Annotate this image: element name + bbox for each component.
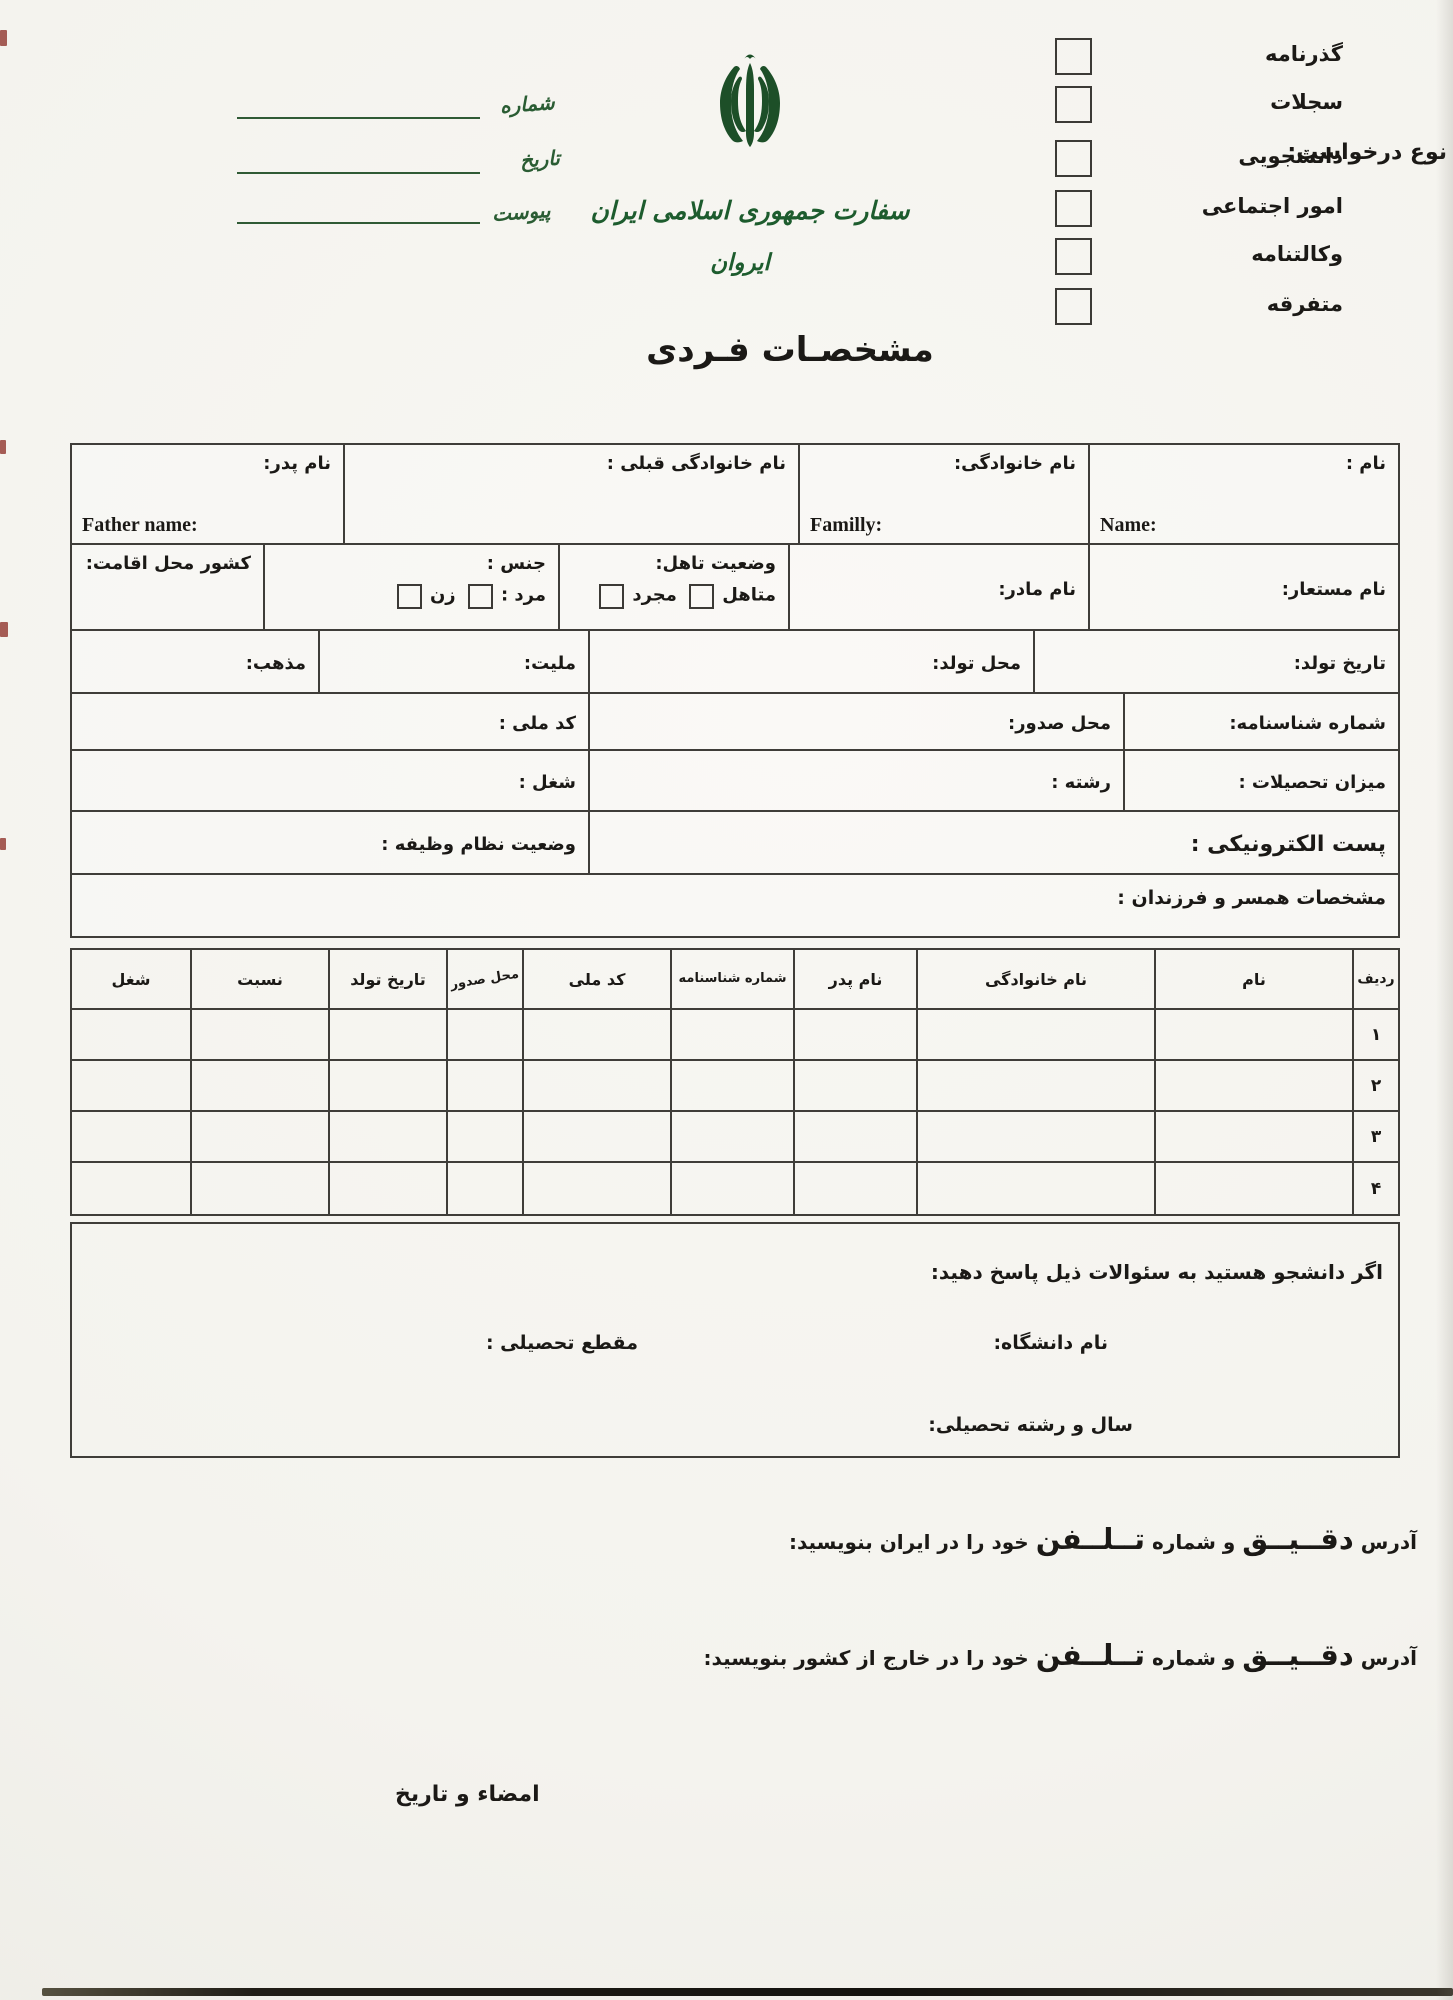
male-label: مرد : xyxy=(501,585,546,606)
embassy-city: ایروان xyxy=(640,250,840,276)
empty-cell xyxy=(446,1010,522,1059)
issue-place-header-text: محل صدور xyxy=(450,966,521,992)
id-number-label: شماره شناسنامه: xyxy=(1229,713,1386,734)
empty-cell xyxy=(793,1163,916,1214)
header-issue-place: محل صدور xyxy=(446,950,522,1008)
cell-name: نام : Name: xyxy=(1088,445,1398,543)
form-title: مشخصـات فـردی xyxy=(590,330,990,370)
scanned-embassy-form: شماره تاریخ پیوست سفارت جمهوری اسلامی ای… xyxy=(0,0,1453,2000)
gender-label: جنس : xyxy=(487,553,546,574)
empty-cell xyxy=(670,1112,793,1161)
header-father-name: نام پدر xyxy=(793,950,916,1008)
university-label: نام دانشگاه: xyxy=(993,1332,1108,1354)
single-label: مجرد xyxy=(632,585,677,606)
cell-issue-place: محل صدور: xyxy=(588,694,1123,749)
birth-place-label: محل تولد: xyxy=(932,653,1021,674)
header-id-number: شماره شناسنامه xyxy=(670,950,793,1008)
empty-cell xyxy=(446,1061,522,1110)
address-abroad-line: آدرس دقــیــق و شماره تــلــفن خود را در… xyxy=(704,1638,1417,1672)
empty-cell xyxy=(522,1163,670,1214)
empty-cell xyxy=(190,1163,328,1214)
request-type-heading: نوع درخواست: xyxy=(1287,140,1447,165)
empty-cell xyxy=(72,1061,190,1110)
student-questions-box: اگر دانشجو هستید به سئوالات ذیل پاسخ دهی… xyxy=(70,1222,1400,1458)
scan-edge-right xyxy=(1436,0,1453,2000)
cell-family-caption: مشخصات همسر و فرزندان : xyxy=(72,875,1398,936)
row-number: ۱ xyxy=(1352,1010,1398,1059)
empty-cell xyxy=(793,1061,916,1110)
addr-exact-bold: دقــیــق xyxy=(1242,1522,1354,1556)
row-email: پست الکترونیکی : وضعیت نظام وظیفه : xyxy=(72,812,1398,875)
empty-cell xyxy=(1154,1163,1352,1214)
cell-national-code: کد ملی : xyxy=(72,694,588,749)
empty-cell xyxy=(793,1010,916,1059)
empty-cell xyxy=(916,1163,1154,1214)
header-birth-date: تاریخ تولد xyxy=(328,950,446,1008)
header-name: نام xyxy=(1154,950,1352,1008)
addr-mid: و شماره xyxy=(1152,1530,1235,1554)
row-number: ۲ xyxy=(1352,1061,1398,1110)
option-records-label: سجلات xyxy=(1270,90,1343,114)
row-id: شماره شناسنامه: محل صدور: کد ملی : xyxy=(72,694,1398,751)
row-status: نام مستعار: نام مادر: وضعیت تاهل: متاهل … xyxy=(72,545,1398,631)
cell-id-number: شماره شناسنامه: xyxy=(1123,694,1398,749)
empty-cell xyxy=(1154,1010,1352,1059)
ref-attachment-label: پیوست xyxy=(491,198,551,226)
family-caption-label: مشخصات همسر و فرزندان : xyxy=(1117,887,1386,909)
ref-date-line xyxy=(237,172,480,174)
cell-gender: جنس : مرد : زن xyxy=(263,545,558,629)
scan-speck xyxy=(0,30,7,46)
family-row-2: ۲ xyxy=(72,1061,1398,1112)
addr-post: خود را در خارج از کشور بنویسید: xyxy=(704,1646,1029,1670)
header-job: شغل xyxy=(72,950,190,1008)
student-intro: اگر دانشجو هستید به سئوالات ذیل پاسخ دهی… xyxy=(931,1260,1383,1284)
empty-cell xyxy=(328,1010,446,1059)
cell-marital-status: وضعیت تاهل: متاهل مجرد xyxy=(558,545,788,629)
cell-alias: نام مستعار: xyxy=(1088,545,1398,629)
job-label: شغل : xyxy=(519,772,576,793)
ref-attachment-line xyxy=(237,222,480,224)
name-label: نام : xyxy=(1346,453,1386,474)
empty-cell xyxy=(328,1163,446,1214)
row-birth: تاریخ تولد: محل تولد: ملیت: مذهب: xyxy=(72,631,1398,694)
family-label-en: Familly: xyxy=(810,514,882,537)
addr-phone-bold: تــلــفن xyxy=(1036,1638,1145,1672)
cell-nationality: ملیت: xyxy=(318,631,588,692)
family-table-header: ردیف نام نام خانوادگی نام پدر شماره شناس… xyxy=(72,950,1398,1010)
empty-cell xyxy=(446,1112,522,1161)
cell-birth-date: تاریخ تولد: xyxy=(1033,631,1398,692)
empty-cell xyxy=(328,1061,446,1110)
empty-cell xyxy=(916,1112,1154,1161)
degree-label: مقطع تحصیلی : xyxy=(486,1332,638,1354)
cell-birth-place: محل تولد: xyxy=(588,631,1033,692)
empty-cell xyxy=(190,1010,328,1059)
cell-email: پست الکترونیکی : xyxy=(588,812,1398,873)
alias-label: نام مستعار: xyxy=(1282,579,1386,600)
family-members-table: ردیف نام نام خانوادگی نام پدر شماره شناس… xyxy=(70,948,1400,1216)
empty-cell xyxy=(328,1112,446,1161)
family-row-3: ۳ xyxy=(72,1112,1398,1163)
row-family-caption: مشخصات همسر و فرزندان : xyxy=(72,875,1398,936)
header-relation: نسبت xyxy=(190,950,328,1008)
row-number: ۳ xyxy=(1352,1112,1398,1161)
empty-cell xyxy=(72,1010,190,1059)
empty-cell xyxy=(916,1061,1154,1110)
cell-field: رشته : xyxy=(588,751,1123,810)
header-row-number: ردیف xyxy=(1352,950,1398,1008)
addr-phone-bold: تــلــفن xyxy=(1036,1522,1145,1556)
personal-details-table: نام : Name: نام خانوادگی: Familly: نام خ… xyxy=(70,443,1400,938)
row-education: میزان تحصیلات : رشته : شغل : xyxy=(72,751,1398,812)
ref-number-label: شماره xyxy=(499,90,555,118)
row-number: ۴ xyxy=(1352,1163,1398,1214)
addr-mid: و شماره xyxy=(1152,1646,1235,1670)
cell-residence-country: کشور محل اقامت: xyxy=(72,545,263,629)
cell-family: نام خانوادگی: Familly: xyxy=(798,445,1088,543)
empty-cell xyxy=(916,1010,1154,1059)
ref-number-line xyxy=(237,117,480,119)
checkbox-miscellaneous[interactable] xyxy=(1055,288,1092,325)
empty-cell xyxy=(522,1010,670,1059)
empty-cell xyxy=(190,1061,328,1110)
checkbox-records[interactable] xyxy=(1055,86,1092,123)
previous-family-label: نام خانوادگی قبلی : xyxy=(607,453,786,474)
scan-speck xyxy=(0,838,6,850)
father-label-en: Father name: xyxy=(82,514,198,537)
checkbox-student[interactable] xyxy=(1055,140,1092,177)
option-passport-label: گذرنامه xyxy=(1265,42,1343,66)
scan-speck xyxy=(0,622,8,637)
header-family-name: نام خانوادگی xyxy=(916,950,1154,1008)
national-code-label: کد ملی : xyxy=(499,713,576,734)
cell-previous-family: نام خانوادگی قبلی : xyxy=(343,445,798,543)
mother-label: نام مادر: xyxy=(998,579,1076,600)
education-label: میزان تحصیلات : xyxy=(1238,772,1386,793)
empty-cell xyxy=(670,1010,793,1059)
issue-place-label: محل صدور: xyxy=(1008,713,1111,734)
cell-education: میزان تحصیلات : xyxy=(1123,751,1398,810)
empty-cell xyxy=(1154,1061,1352,1110)
marital-label: وضعیت تاهل: xyxy=(655,553,776,574)
embassy-name: سفارت جمهوری اسلامی ایران xyxy=(590,196,910,225)
married-label: متاهل xyxy=(722,585,776,606)
checkbox-female[interactable] xyxy=(397,584,422,609)
empty-cell xyxy=(72,1163,190,1214)
family-label: نام خانوادگی: xyxy=(954,453,1076,474)
checkbox-male[interactable] xyxy=(468,584,493,609)
header-national-code: کد ملی xyxy=(522,950,670,1008)
residence-country-label: کشور محل اقامت: xyxy=(86,553,251,574)
empty-cell xyxy=(446,1163,522,1214)
female-label: زن xyxy=(430,585,456,606)
cell-religion: مذهب: xyxy=(72,631,318,692)
ref-date-label: تاریخ xyxy=(519,146,560,173)
signature-date-label: امضاء و تاریخ xyxy=(395,1782,540,1807)
family-row-4: ۴ xyxy=(72,1163,1398,1214)
empty-cell xyxy=(522,1061,670,1110)
addr-exact-bold: دقــیــق xyxy=(1242,1638,1354,1672)
checkbox-passport[interactable] xyxy=(1055,38,1092,75)
scan-speck xyxy=(0,440,6,454)
checkbox-power-of-attorney[interactable] xyxy=(1055,238,1092,275)
religion-label: مذهب: xyxy=(246,653,306,674)
option-miscellaneous-label: متفرقه xyxy=(1267,292,1343,316)
empty-cell xyxy=(72,1112,190,1161)
cell-military: وضعیت نظام وظیفه : xyxy=(72,812,588,873)
year-field-label: سال و رشته تحصیلی: xyxy=(928,1414,1133,1436)
nationality-label: ملیت: xyxy=(524,653,576,674)
military-label: وضعیت نظام وظیفه : xyxy=(381,834,576,855)
cell-job: شغل : xyxy=(72,751,588,810)
email-label: پست الکترونیکی : xyxy=(1191,832,1386,857)
checkbox-married[interactable] xyxy=(689,584,714,609)
addr-pre: آدرس xyxy=(1361,1646,1417,1670)
empty-cell xyxy=(670,1163,793,1214)
empty-cell xyxy=(670,1061,793,1110)
cell-mother: نام مادر: xyxy=(788,545,1088,629)
addr-pre: آدرس xyxy=(1361,1530,1417,1554)
empty-cell xyxy=(522,1112,670,1161)
iran-emblem-icon xyxy=(700,45,800,175)
option-social-affairs-label: امور اجتماعی xyxy=(1202,194,1343,218)
addr-post: خود را در ایران بنویسید: xyxy=(789,1530,1029,1554)
scan-edge-bottom xyxy=(42,1988,1453,1996)
name-label-en: Name: xyxy=(1100,514,1157,537)
row-names: نام : Name: نام خانوادگی: Familly: نام خ… xyxy=(72,445,1398,545)
address-iran-line: آدرس دقــیــق و شماره تــلــفن خود را در… xyxy=(789,1522,1417,1556)
empty-cell xyxy=(793,1112,916,1161)
checkbox-social-affairs[interactable] xyxy=(1055,190,1092,227)
checkbox-single[interactable] xyxy=(599,584,624,609)
father-label: نام پدر: xyxy=(263,453,331,474)
family-row-1: ۱ xyxy=(72,1010,1398,1061)
empty-cell xyxy=(190,1112,328,1161)
birth-date-label: تاریخ تولد: xyxy=(1294,653,1386,674)
cell-father-name: نام پدر: Father name: xyxy=(72,445,343,543)
option-power-of-attorney-label: وکالتنامه xyxy=(1251,242,1343,266)
empty-cell xyxy=(1154,1112,1352,1161)
field-label: رشته : xyxy=(1051,772,1111,793)
